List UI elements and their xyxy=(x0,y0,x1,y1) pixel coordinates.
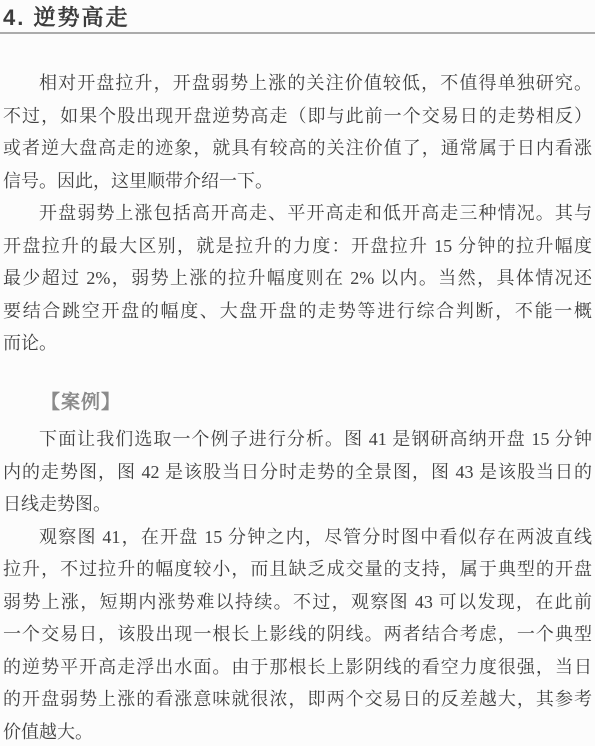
text-line: 最少超过 2%，弱势上涨的拉升幅度则在 2% 以内。当然，具体情况还 xyxy=(3,262,592,295)
book-page: 4. 逆势高走 相对开盘拉升，开盘弱势上涨的关注价值较低，不值得单独研究。不过，… xyxy=(0,0,595,746)
text-line: 的逆势平开高走浮出水面。由于那根长上影阴线的看空力度很强，当日 xyxy=(3,651,592,684)
text-line: 信号。因此，这里顺带介绍一下。 xyxy=(3,165,592,198)
title-divider xyxy=(0,32,595,34)
body-text: 相对开盘拉升，开盘弱势上涨的关注价值较低，不值得单独研究。不过，如果个股出现开盘… xyxy=(0,67,595,746)
text-line: 内的走势图，图 42 是该股当日分时走势的全景图，图 43 是该股当日的 xyxy=(3,456,592,489)
text-line: 观察图 41，在开盘 15 分钟之内，尽管分时图中看似存在两波直线 xyxy=(3,521,592,554)
paragraph-2: 开盘弱势上涨包括高开高走、平开高走和低开高走三种情况。其与开盘拉升的最大区别，就… xyxy=(3,197,592,360)
text-line: 一个交易日，该股出现一根长上影线的阴线。两者结合考虑，一个典型 xyxy=(3,618,592,651)
text-line: 开盘弱势上涨包括高开高走、平开高走和低开高走三种情况。其与 xyxy=(3,197,592,230)
text-line: 要结合跳空开盘的幅度、大盘开盘的走势等进行综合判断，不能一概 xyxy=(3,295,592,328)
paragraph-4: 观察图 41，在开盘 15 分钟之内，尽管分时图中看似存在两波直线拉升，不过拉升… xyxy=(3,521,592,746)
case-heading: 【案例】 xyxy=(3,387,592,420)
text-line: 下面让我们选取一个例子进行分析。图 41 是钢研高纳开盘 15 分钟 xyxy=(3,423,592,456)
text-line: 不过，如果个股出现开盘逆势高走（即与此前一个交易日的走势相反） xyxy=(3,100,592,133)
section-title: 4. 逆势高走 xyxy=(0,0,595,30)
text-line: 日线走势图。 xyxy=(3,488,592,521)
text-line: 开盘拉升的最大区别，就是拉升的力度：开盘拉升 15 分钟的拉升幅度 xyxy=(3,230,592,263)
text-line: 的开盘弱势上涨的看涨意味就很浓，即两个交易日的反差越大，其参考 xyxy=(3,683,592,716)
text-line: 而论。 xyxy=(3,327,592,360)
text-line: 相对开盘拉升，开盘弱势上涨的关注价值较低，不值得单独研究。 xyxy=(3,67,592,100)
text-line: 价值越大。 xyxy=(3,716,592,746)
text-line: 拉升，不过拉升的幅度较小，而且缺乏成交量的支持，属于典型的开盘 xyxy=(3,553,592,586)
paragraph-3: 下面让我们选取一个例子进行分析。图 41 是钢研高纳开盘 15 分钟内的走势图，… xyxy=(3,423,592,521)
paragraph-1: 相对开盘拉升，开盘弱势上涨的关注价值较低，不值得单独研究。不过，如果个股出现开盘… xyxy=(3,67,592,197)
text-line: 或者逆大盘高走的迹象，就具有较高的关注价值了，通常属于日内看涨 xyxy=(3,132,592,165)
text-line: 弱势上涨，短期内涨势难以持续。不过，观察图 43 可以发现，在此前 xyxy=(3,586,592,619)
